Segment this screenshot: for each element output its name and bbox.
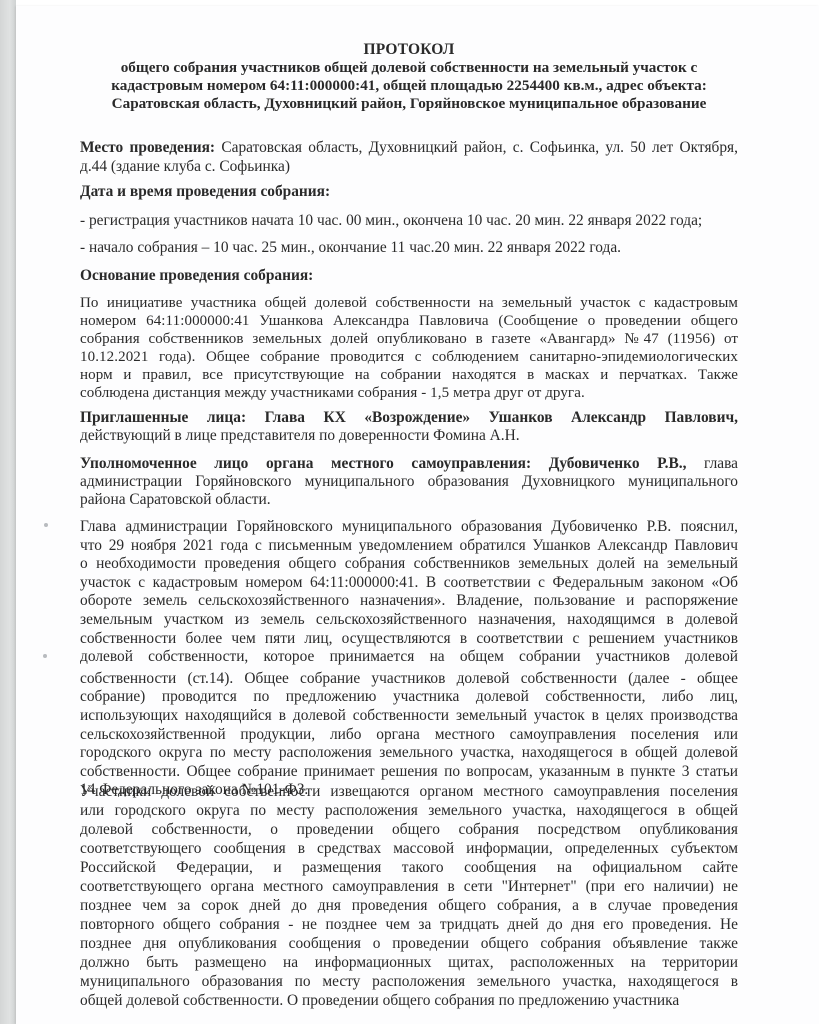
datetime-heading: Дата и время проведения собрания: (80, 183, 738, 201)
basis-line: По инициативе участника общей долевой со… (80, 294, 738, 312)
paragraph-line: Участники долевой собственности извещают… (80, 783, 738, 801)
paragraph-line: повторного общего собрания - не позднее … (80, 916, 738, 934)
venue-value: Саратовская область, Духовницкий район, … (215, 139, 738, 156)
basis-line: номером 64:11:000000:41 Ушанкова Алексан… (80, 312, 738, 330)
datetime-heading-text: Дата и время проведения собрания: (80, 183, 330, 200)
paragraph-line: использующих находящийся в долевой собст… (80, 707, 738, 725)
basis-line: соблюдена дистанция между участниками со… (80, 384, 738, 402)
paragraph-line: долевой собственности, которое принимает… (80, 648, 738, 666)
basis-line: норм и правил, все присутствующие на соб… (80, 366, 738, 384)
document-subtitle-line: общего собрания участников общей долевой… (80, 59, 738, 77)
basis-line: 10.12.2021 года). Общее собрание проводи… (80, 348, 738, 366)
paragraph-line: соответствующего органа местного самоупр… (80, 878, 738, 896)
venue-line-2: д.44 (здание клуба с. Софьинка) (80, 158, 738, 176)
authorized-label: Уполномоченное лицо органа местного само… (80, 455, 686, 472)
paragraph-line: что 29 ноября 2021 года с письменным уве… (80, 537, 738, 555)
paragraph-line: собрание) проводится по предложению учас… (80, 688, 738, 706)
paragraph-line: городского округа по месту расположения … (80, 744, 738, 762)
paragraph-line: долевой собственности, о проведении обще… (80, 821, 738, 839)
meeting-time: - начало собрания – 10 час. 25 мин., око… (80, 239, 738, 257)
paragraph-line: должно быть размещено на информационных … (80, 954, 738, 972)
paragraph-line: Глава администрации Горяйновского муници… (80, 518, 738, 536)
document-subtitle-line: кадастровым номером 64:11:000000:41, общ… (80, 77, 738, 95)
document-subtitle-line: Саратовская область, Духовницкий район, … (80, 95, 738, 113)
document-title: ПРОТОКОЛ (80, 41, 738, 59)
paragraph-line: о необходимости проведения общего собран… (80, 555, 738, 573)
paragraph-line: собственности более чем пяти лиц, осущес… (80, 630, 738, 648)
protocol-document: ПРОТОКОЛ общего собрания участников обще… (0, 0, 819, 1024)
paragraph-line: собственности. Общее собрание принимает … (80, 763, 738, 781)
venue-label: Место проведения: (80, 139, 215, 156)
invited-label: Приглашенные лица: Глава КХ «Возрождение… (80, 409, 738, 426)
registration-time: - регистрация участников начата 10 час. … (80, 212, 738, 230)
authorized-line-2: администрации Горяйновского муниципально… (80, 473, 738, 491)
basis-line: собрания собственников земельных долей о… (80, 330, 738, 348)
authorized-tail: глава (686, 455, 738, 472)
invited-persons: Приглашенные лица: Глава КХ «Возрождение… (80, 409, 738, 427)
paragraph-line: общей долевой собственности. О проведени… (80, 992, 738, 1010)
scan-speck (44, 523, 48, 527)
venue-line: Место проведения: Саратовская область, Д… (80, 139, 738, 157)
authorized-person: Уполномоченное лицо органа местного само… (80, 455, 738, 473)
basis-heading: Основание проведения собрания: (80, 267, 738, 285)
paragraph-line: земельным участком из земель сельскохозя… (80, 611, 738, 629)
paragraph-line: соответствующего сообщения в средствах м… (80, 840, 738, 858)
authorized-line-3: района Саратовской области. (80, 491, 738, 509)
invited-line-2: действующий в лице представителя по дове… (80, 427, 738, 445)
paragraph-line: муниципального образования по месту расп… (80, 973, 738, 991)
basis-heading-text: Основание проведения собрания: (80, 267, 313, 284)
paragraph-line: собственности (ст.14). Общее собрание уч… (80, 670, 738, 688)
paragraph-line: сельскохозяйственной продукции, либо орг… (80, 726, 738, 744)
paragraph-line: Российской Федерации, и размещения таког… (80, 859, 738, 877)
paragraph-line: позднее дня опубликования сообщения о пр… (80, 935, 738, 953)
paragraph-line: обороте земель сельскохозяйственного наз… (80, 592, 738, 610)
paragraph-line: позднее чем за сорок дней до дня проведе… (80, 897, 738, 915)
paragraph-line: участок с кадастровым номером 64:11:0000… (80, 574, 738, 592)
scan-speck (43, 654, 47, 658)
paragraph-line: или городского округа по месту расположе… (80, 802, 738, 820)
